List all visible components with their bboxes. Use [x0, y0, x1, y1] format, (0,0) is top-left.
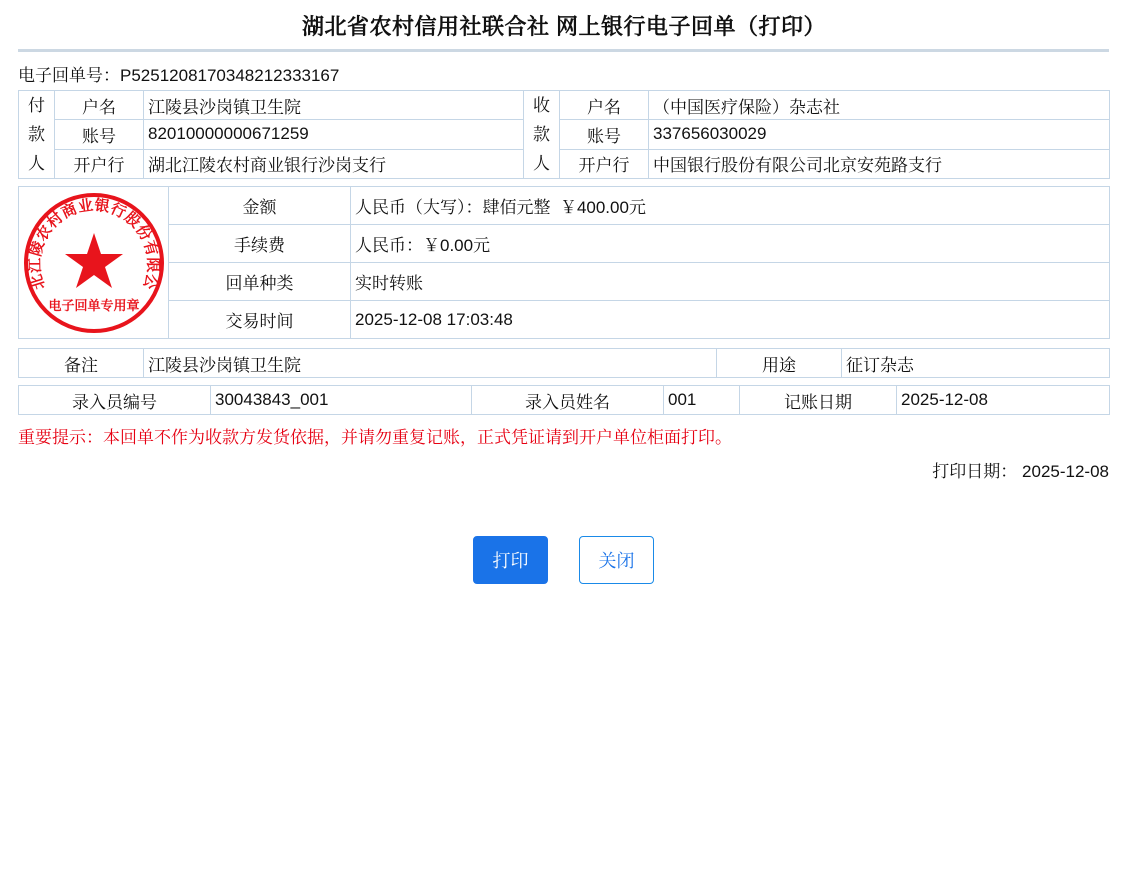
transaction-table: 湖北江陵农村商业银行股份有限公司 电子回单专用章 金额 人民币（大写）：肆佰元整… — [18, 186, 1110, 339]
print-date: 打印日期： 2025-12-08 — [932, 457, 1109, 482]
svg-text:电子回单专用章: 电子回单专用章 — [48, 298, 139, 314]
payer-name-label: 户名 — [55, 91, 144, 120]
payee-bank: 中国银行股份有限公司北京安苑路支行 — [649, 149, 1110, 178]
table-row: 手续费 人民币：￥0.00元 — [19, 225, 1110, 263]
table-row: 回单种类 实时转账 — [19, 263, 1110, 301]
payee-account-label: 账号 — [560, 120, 649, 149]
payee-name-label: 户名 — [560, 91, 649, 120]
payer-side-char: 款 — [28, 125, 45, 144]
payer-bank: 湖北江陵农村商业银行沙岗支行 — [144, 149, 524, 178]
posting-date-label: 记账日期 — [740, 386, 897, 415]
operator-name-label: 录入员姓名 — [472, 386, 664, 415]
payer-side-char: 付 — [28, 96, 45, 115]
table-row: 湖北江陵农村商业银行股份有限公司 电子回单专用章 金额 人民币（大写）：肆佰元整… — [19, 187, 1110, 225]
payee-bank-label: 开户行 — [560, 149, 649, 178]
amount-label: 金额 — [169, 187, 351, 225]
table-row: 备注 江陵县沙岗镇卫生院 用途 征订杂志 — [19, 349, 1110, 378]
amount-value: 人民币（大写）：肆佰元整 ￥400.00元 — [351, 187, 1110, 225]
payee-side-char: 收 — [533, 96, 550, 115]
payer-side-label: 付 款 人 — [19, 91, 55, 179]
remark-label: 备注 — [19, 349, 144, 378]
operator-table: 录入员编号 30043843_001 录入员姓名 001 记账日期 2025-1… — [18, 385, 1110, 415]
operator-id-value: 30043843_001 — [211, 386, 472, 415]
receipt-number-label: 电子回单号： — [18, 66, 120, 85]
table-row: 开户行 湖北江陵农村商业银行沙岗支行 开户行 中国银行股份有限公司北京安苑路支行 — [19, 149, 1110, 178]
receipt-type-value: 实时转账 — [351, 263, 1110, 301]
seal-cell: 湖北江陵农村商业银行股份有限公司 电子回单专用章 — [19, 187, 169, 339]
purpose-value: 征订杂志 — [842, 349, 1110, 378]
receipt-type-label: 回单种类 — [169, 263, 351, 301]
payee-side-label: 收 款 人 — [524, 91, 560, 179]
remark-value: 江陵县沙岗镇卫生院 — [144, 349, 717, 378]
payee-name: （中国医疗保险）杂志社 — [649, 91, 1110, 120]
table-row: 付 款 人 户名 江陵县沙岗镇卫生院 收 款 人 户名 （中国医疗保险）杂志社 — [19, 91, 1110, 120]
payee-side-char: 人 — [533, 154, 550, 173]
payer-account-label: 账号 — [55, 120, 144, 149]
payer-side-char: 人 — [28, 154, 45, 173]
table-row: 录入员编号 30043843_001 录入员姓名 001 记账日期 2025-1… — [19, 386, 1110, 415]
important-notice: 重要提示：本回单不作为收款方发货依据，并请勿重复记账，正式凭证请到开户单位柜面打… — [18, 423, 732, 448]
parties-table: 付 款 人 户名 江陵县沙岗镇卫生院 收 款 人 户名 （中国医疗保险）杂志社 … — [18, 90, 1110, 179]
table-row: 账号 82010000000671259 账号 337656030029 — [19, 120, 1110, 149]
fee-value: 人民币：￥0.00元 — [351, 225, 1110, 263]
transaction-time-value: 2025-12-08 17:03:48 — [351, 301, 1110, 339]
payee-side-char: 款 — [533, 125, 550, 144]
table-row: 交易时间 2025-12-08 17:03:48 — [19, 301, 1110, 339]
transaction-time-label: 交易时间 — [169, 301, 351, 339]
purpose-label: 用途 — [717, 349, 842, 378]
receipt-number-value: P525120817034821233316​7 — [120, 66, 339, 85]
payer-account: 82010000000671259 — [144, 120, 524, 149]
title-divider — [18, 49, 1109, 52]
posting-date-value: 2025-12-08 — [897, 386, 1110, 415]
operator-name-value: 001 — [664, 386, 740, 415]
payee-account: 337656030029 — [649, 120, 1110, 149]
bank-seal-stamp-icon: 湖北江陵农村商业银行股份有限公司 电子回单专用章 — [21, 190, 167, 336]
receipt-number: 电子回单号：P525120817034821233316​7 — [18, 61, 339, 86]
page-title: 湖北省农村信用社联合社 网上银行电子回单（打印） — [0, 10, 1128, 41]
fee-label: 手续费 — [169, 225, 351, 263]
payer-bank-label: 开户行 — [55, 149, 144, 178]
payer-name: 江陵县沙岗镇卫生院 — [144, 91, 524, 120]
print-button[interactable]: 打印 — [473, 536, 548, 584]
print-date-value: 2025-12-08 — [1022, 462, 1109, 481]
print-date-label: 打印日期： — [932, 462, 1017, 481]
close-button[interactable]: 关闭 — [579, 536, 654, 584]
remark-table: 备注 江陵县沙岗镇卫生院 用途 征订杂志 — [18, 348, 1110, 378]
operator-id-label: 录入员编号 — [19, 386, 211, 415]
